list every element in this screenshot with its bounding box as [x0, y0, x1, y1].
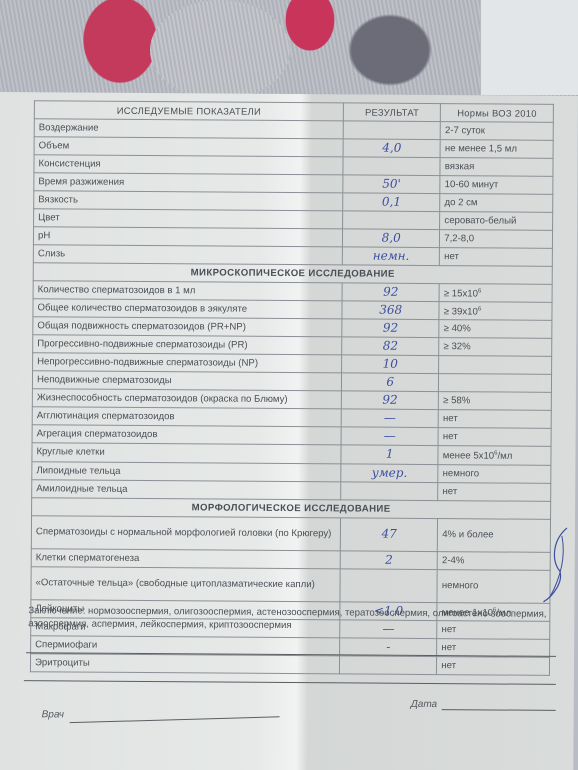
table-row: «Остаточные тельца» (свободные цитоплазм… — [31, 566, 550, 603]
norm-value: вязкая — [440, 158, 553, 177]
norm-text: ≥ 39x10 — [444, 306, 478, 317]
header-norm: Нормы ВОЗ 2010 — [441, 104, 554, 123]
general-section: Воздержание2-7 сутокОбъем4,0не менее 1,5… — [33, 119, 553, 267]
doctor-signature-line[interactable] — [70, 716, 280, 723]
parameter-name: Общая подвижность сперматозоидов (PR+NP) — [33, 317, 342, 337]
result-value: 1 — [341, 445, 438, 464]
norm-value: ≥ 58% — [439, 392, 552, 411]
result-value: 50' — [343, 175, 440, 194]
norm-text: 2-4% — [442, 555, 464, 566]
norm-value: ≥ 40% — [439, 320, 552, 339]
result-value: 368 — [342, 301, 439, 320]
parameter-name: Непрогрессивно-подвижные сперматозоиды (… — [33, 353, 342, 373]
norm-text: ≥ 15x10 — [444, 288, 478, 299]
result-value: умер. — [341, 463, 438, 482]
norm-text: нет — [441, 660, 456, 671]
norm-value: ≥ 39x106 — [439, 302, 552, 321]
parameter-name: Время разжижения — [34, 173, 343, 193]
result-value — [341, 481, 438, 500]
norm-text: до 2 см — [444, 197, 477, 208]
norm-text: 4% и более — [442, 529, 494, 540]
norm-text: нет — [443, 413, 458, 424]
norm-value: до 2 см — [440, 194, 553, 213]
result-value — [343, 211, 440, 230]
parameter-name: Агрегация сперматозоидов — [32, 425, 341, 445]
norm-text: ≥ 40% — [444, 323, 471, 334]
norm-text: нет — [443, 431, 458, 442]
parameter-name: Жизнеспособность сперматозоидов (окраска… — [32, 389, 341, 409]
result-value: 8,0 — [343, 229, 440, 248]
parameter-name: Воздержание — [34, 119, 343, 139]
pen-scribble-icon — [541, 526, 572, 606]
parameter-name: «Остаточные тельца» (свободные цитоплазм… — [31, 566, 340, 601]
norm-value: ≥ 15x106 — [439, 284, 552, 303]
norm-text: ≥ 32% — [443, 341, 470, 352]
parameter-name: Количество сперматозоидов в 1 мл — [33, 281, 342, 301]
parameter-name: Консистенция — [34, 155, 343, 175]
norm-value: серовато-белый — [440, 212, 553, 231]
norm-value: нет — [438, 410, 551, 429]
norm-text: ≥ 58% — [443, 395, 470, 406]
parameter-name: Общее количество сперматозоидов в эякуля… — [33, 299, 342, 319]
result-value: 4,0 — [343, 139, 440, 158]
result-value: немн. — [342, 247, 439, 266]
norm-value: нет — [437, 656, 550, 675]
result-value — [343, 157, 440, 176]
result-value: — — [341, 409, 438, 428]
parameter-name: Амилоидные тельца — [32, 479, 341, 499]
norm-value: нет — [438, 428, 551, 447]
conclusion-text: Заключение: нормозооспермия, олигозооспе… — [28, 604, 548, 634]
result-value — [340, 656, 437, 675]
result-value: 0,1 — [343, 193, 440, 212]
header-result: РЕЗУЛЬТАТ — [343, 103, 440, 122]
norm-text: нет — [441, 642, 456, 653]
norm-text: нет — [444, 251, 459, 262]
norm-exponent: 6 — [478, 288, 481, 294]
microscopic-rows: Количество сперматозоидов в 1 мл92≥ 15x1… — [32, 281, 552, 501]
norm-value: немного — [438, 464, 551, 483]
table-row: Эритроцитынет — [30, 653, 549, 675]
result-value: 82 — [342, 337, 439, 356]
norm-value: ≥ 32% — [439, 338, 552, 357]
result-value: 47 — [340, 517, 437, 551]
parameter-name: Вязкость — [34, 191, 343, 211]
norm-value: немного — [437, 569, 550, 603]
parameter-name: Слизь — [33, 245, 342, 265]
parameter-name: Круглые клетки — [32, 443, 341, 463]
norm-text: не менее 1,5 мл — [445, 143, 517, 155]
norm-text: немного — [443, 468, 480, 479]
parameter-name: Клетки сперматогенеза — [31, 548, 340, 568]
parameter-name: Объем — [34, 137, 343, 157]
norm-value: 2-7 суток — [440, 122, 553, 141]
norm-value: 2-4% — [437, 551, 550, 570]
result-value — [343, 121, 440, 140]
norm-value: нет — [438, 482, 551, 501]
date-label: Дата — [411, 699, 437, 710]
analysis-report-sheet: ИССЛЕДУЕМЫЕ ПОКАЗАТЕЛИ РЕЗУЛЬТАТ Нормы В… — [0, 92, 578, 770]
results-table: ИССЛЕДУЕМЫЕ ПОКАЗАТЕЛИ РЕЗУЛЬТАТ Нормы В… — [30, 100, 554, 675]
result-value: — — [341, 427, 438, 446]
result-value: 2 — [340, 550, 437, 569]
norm-value: 7,2-8,0 — [440, 230, 553, 249]
paper-corner — [480, 0, 578, 95]
date-line[interactable] — [442, 709, 556, 711]
parameter-name: pH — [33, 227, 342, 247]
norm-text: менее 5x10 — [443, 451, 494, 462]
result-value: 10 — [342, 355, 439, 374]
parameter-name: Сперматозоиды с нормальной морфологией г… — [31, 515, 340, 550]
norm-value — [439, 374, 552, 393]
norm-text: немного — [442, 580, 479, 591]
result-value: 92 — [342, 283, 439, 302]
norm-value — [439, 356, 552, 375]
result-value — [340, 568, 437, 602]
norm-text: 7,2-8,0 — [444, 233, 474, 244]
norm-value: 4% и более — [438, 518, 551, 552]
parameter-name: Липоидные тельца — [32, 461, 341, 481]
result-value: 92 — [341, 391, 438, 410]
table-row: Сперматозоиды с нормальной морфологией г… — [31, 515, 550, 552]
norm-text: 2-7 суток — [445, 125, 485, 136]
norm-text: нет — [442, 486, 457, 497]
norm-unit: /мл — [497, 451, 512, 462]
result-value: 92 — [342, 319, 439, 338]
norm-text: серовато-белый — [444, 215, 516, 227]
parameter-name: Эритроциты — [30, 653, 339, 673]
result-value: 6 — [342, 373, 439, 392]
parameter-name: Агглютинация сперматозоидов — [32, 407, 341, 427]
norm-value: не менее 1,5 мл — [440, 140, 553, 159]
norm-value: менее 5x106/мл — [438, 446, 551, 465]
morphological-rows: Сперматозоиды с нормальной морфологией г… — [30, 515, 550, 675]
norm-text: вязкая — [445, 161, 475, 172]
header-parameter: ИССЛЕДУЕМЫЕ ПОКАЗАТЕЛИ — [34, 101, 343, 121]
norm-value: нет — [440, 248, 553, 267]
doctor-label: Врач — [42, 709, 64, 720]
parameter-name: Неподвижные сперматозоиды — [32, 371, 341, 391]
norm-value: 10-60 минут — [440, 176, 553, 195]
parameter-name: Прогрессивно-подвижные сперматозоиды (PR… — [33, 335, 342, 355]
norm-exponent: 6 — [478, 307, 481, 313]
norm-text: 10-60 минут — [445, 179, 499, 190]
carpet-pattern — [150, 0, 290, 100]
conclusion-line-2[interactable] — [24, 680, 556, 685]
parameter-name: Цвет — [34, 209, 343, 229]
